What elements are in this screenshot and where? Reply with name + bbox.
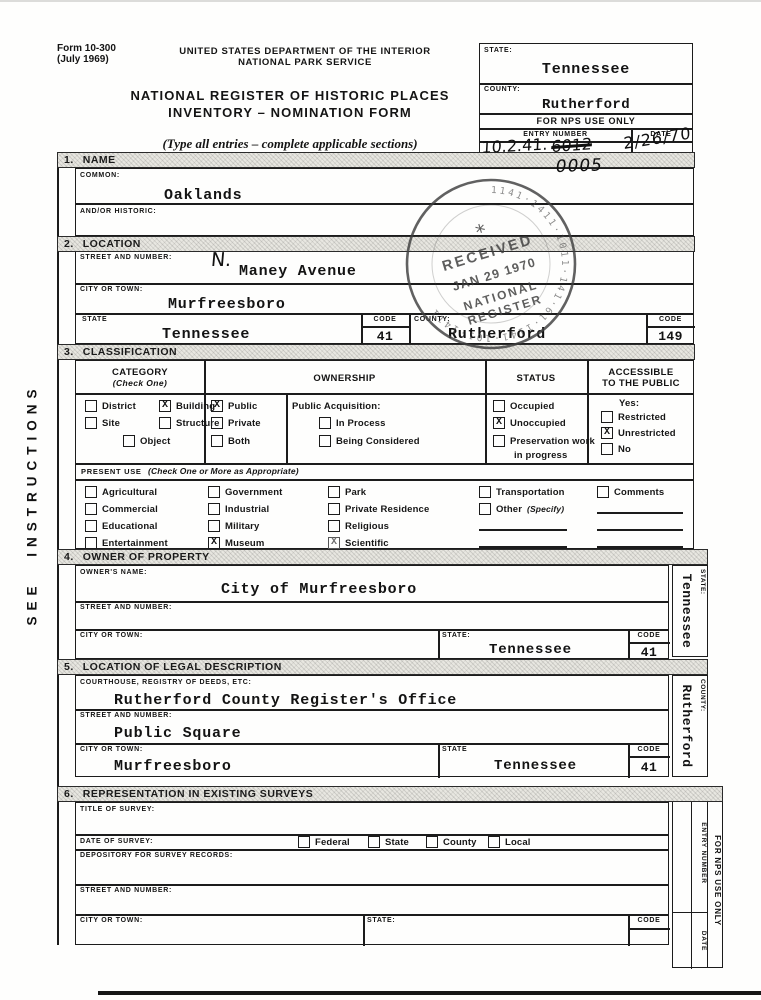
section-title: REPRESENTATION IN EXISTING SURVEYS <box>83 788 314 800</box>
checkbox-comments <box>597 486 609 498</box>
category-subheader: (Check One) <box>76 378 204 388</box>
street-number-label: STREET AND NUMBER: <box>80 604 172 611</box>
checkbox-label: Site <box>102 418 120 429</box>
checkbox-occupied <box>493 400 505 412</box>
divider-line <box>76 463 693 465</box>
section-number: 5. <box>64 661 74 673</box>
city-town-value: Murfreesboro <box>114 758 232 775</box>
title-of-survey-label: TITLE OF SURVEY: <box>80 806 155 813</box>
section-number: 6. <box>64 788 74 800</box>
divider-line <box>76 479 693 481</box>
state-label: STATE: <box>484 47 512 54</box>
checkbox-label: Religious <box>345 521 389 532</box>
city-town-label: CITY OR TOWN: <box>80 917 143 924</box>
form-number: Form 10-300 <box>57 43 116 54</box>
scan-edge-top <box>0 0 761 2</box>
checkbox-label: Government <box>225 487 282 498</box>
checkbox-public: X <box>211 400 223 412</box>
checkbox-museum: X <box>208 537 220 549</box>
checkbox-county <box>426 836 438 848</box>
checkbox-local <box>488 836 500 848</box>
scanned-form-page: Form 10-300 (July 1969) UNITED STATES DE… <box>0 0 761 1000</box>
checkbox-restricted <box>601 411 613 423</box>
handwritten-entry-number: 10.2.41. <box>481 135 548 158</box>
divider-line <box>628 928 670 930</box>
checkbox-educational <box>85 520 97 532</box>
courthouse-value: Rutherford County Register's Office <box>114 692 457 709</box>
section-6-header: 6. REPRESENTATION IN EXISTING SURVEYS <box>57 786 723 802</box>
checkbox-both <box>211 435 223 447</box>
section-4-header: 4. OWNER OF PROPERTY <box>57 549 708 565</box>
divider-line <box>76 884 668 886</box>
entry-number-field <box>673 794 691 913</box>
checkbox-transportation <box>479 486 491 498</box>
present-use-note: (Check One or More as Appropriate) <box>148 466 299 476</box>
checkbox-label: Entertainment <box>102 538 168 549</box>
entry-number-label: ENTRY NUMBER <box>691 794 707 913</box>
other-specify-note: (Specify) <box>527 504 564 514</box>
checkbox-label: Museum <box>225 538 264 549</box>
checkbox-religious <box>328 520 340 532</box>
checkbox-district <box>85 400 97 412</box>
form-revision: (July 1969) <box>57 54 109 65</box>
checkbox-private <box>211 417 223 429</box>
owner-name-label: OWNER'S NAME: <box>80 569 147 576</box>
access-yes-label: Yes: <box>619 398 639 409</box>
accessible-header-line2: TO THE PUBLIC <box>587 378 695 389</box>
status-header: STATUS <box>485 373 587 384</box>
state-label: STATE <box>82 316 107 323</box>
historic-name-label: AND/OR HISTORIC: <box>80 208 156 215</box>
city-town-label: CITY OR TOWN: <box>80 286 143 293</box>
checkbox-label: Restricted <box>618 412 666 423</box>
type-instructions-note: (Type all entries – complete applicable … <box>90 136 490 152</box>
checkbox-agricultural <box>85 486 97 498</box>
section-title: OWNER OF PROPERTY <box>83 551 210 563</box>
city-town-value: Murfreesboro <box>168 296 286 313</box>
state-value: Tennessee <box>489 642 572 658</box>
checkbox-private-residence <box>328 503 340 515</box>
checkbox-park <box>328 486 340 498</box>
section-6-body: TITLE OF SURVEY: DATE OF SURVEY: Federal… <box>75 802 669 945</box>
checkbox-label: Military <box>225 521 259 532</box>
checkbox-label: Other <box>496 504 522 515</box>
handwritten-street-direction: N. <box>210 249 232 271</box>
checkbox-label: Being Considered <box>336 436 420 447</box>
state-label: STATE: <box>367 917 395 924</box>
checkbox-label: County <box>443 837 477 848</box>
section-4-body: OWNER'S NAME: City of Murfreesboro STREE… <box>75 565 669 659</box>
state-value-vertical: Tennessee <box>679 566 694 656</box>
divider-line <box>363 914 365 946</box>
divider-line <box>76 914 668 916</box>
checkbox-unrestricted: X <box>601 427 613 439</box>
county-value: Rutherford <box>480 97 692 113</box>
checkbox-no <box>601 443 613 455</box>
divider-line <box>480 83 692 85</box>
sidebar-state-box: STATE: Tennessee <box>672 565 708 657</box>
checkbox-label: Commercial <box>102 504 158 515</box>
divider-line <box>628 756 670 758</box>
street-number-value: Public Square <box>114 725 241 742</box>
category-header: CATEGORY <box>76 367 204 378</box>
common-name-label: COMMON: <box>80 172 120 179</box>
code-value: 41 <box>628 760 670 775</box>
courthouse-label: COURTHOUSE, REGISTRY OF DEEDS, ETC: <box>80 679 252 686</box>
checkbox-object <box>123 435 135 447</box>
divider-line <box>76 393 693 395</box>
checkbox-being-considered <box>319 435 331 447</box>
fill-in-line <box>597 546 683 548</box>
handwritten-entry-corrected: 0005 <box>554 155 604 177</box>
public-acquisition-label: Public Acquisition: <box>292 401 381 412</box>
checkbox-label: No <box>618 444 631 455</box>
checkbox-label: Industrial <box>225 504 269 515</box>
checkbox-label: Transportation <box>496 487 565 498</box>
checkbox-other <box>479 503 491 515</box>
checkbox-label: Object <box>140 436 170 447</box>
code-value: 149 <box>646 329 695 344</box>
checkbox-in-process <box>319 417 331 429</box>
checkbox-entertainment <box>85 537 97 549</box>
common-name-value: Oaklands <box>164 187 242 204</box>
checkbox-label: Comments <box>614 487 664 498</box>
code-label: CODE <box>628 917 670 924</box>
section-1-body: COMMON: Oaklands AND/OR HISTORIC: <box>75 168 694 236</box>
fill-in-line <box>597 529 683 531</box>
checkbox-label: Public <box>228 401 257 412</box>
divider-line <box>480 113 692 115</box>
divider-line <box>286 393 288 463</box>
section-number: 4. <box>64 551 74 563</box>
checkbox-label: Scientific <box>345 538 389 549</box>
nps-use-only-label: FOR NPS USE ONLY <box>707 794 722 967</box>
county-label: COUNTY: <box>699 679 706 712</box>
department-line1: UNITED STATES DEPARTMENT OF THE INTERIOR <box>130 46 480 57</box>
divider-line <box>646 326 695 328</box>
form-title-line2: INVENTORY – NOMINATION FORM <box>100 105 480 120</box>
checkbox-government <box>208 486 220 498</box>
divider-line <box>76 743 668 745</box>
checkbox-label: Both <box>228 436 250 447</box>
checkbox-site <box>85 417 97 429</box>
section-number: 3. <box>64 346 74 358</box>
checkbox-structure <box>159 417 171 429</box>
checkbox-label: Park <box>345 487 366 498</box>
fill-in-line <box>479 529 567 531</box>
street-number-label: STREET AND NUMBER: <box>80 712 172 719</box>
section-2-header: 2. LOCATION <box>57 236 695 252</box>
section-2-body: STREET AND NUMBER: Maney Avenue CITY OR … <box>75 251 694 344</box>
divider-line <box>628 642 670 644</box>
street-number-label: STREET AND NUMBER: <box>80 887 172 894</box>
checkbox-building: X <box>159 400 171 412</box>
sidebar-county-box: COUNTY: Rutherford <box>672 675 708 777</box>
checkbox-label: Building <box>176 401 215 412</box>
owner-name-value: City of Murfreesboro <box>221 581 417 598</box>
checkbox-military <box>208 520 220 532</box>
checkbox-label: Local <box>505 837 531 848</box>
city-town-label: CITY OR TOWN: <box>80 746 143 753</box>
date-of-survey-label: DATE OF SURVEY: <box>80 838 153 845</box>
state-value: Tennessee <box>480 61 692 78</box>
depository-label: DEPOSITORY FOR SURVEY RECORDS: <box>80 852 233 859</box>
divider-line <box>438 743 440 778</box>
checkbox-label: Private Residence <box>345 504 429 515</box>
date-label: DATE <box>691 913 707 969</box>
divider-line <box>438 629 440 660</box>
section-title: LOCATION <box>83 238 141 250</box>
section-title: LOCATION OF LEGAL DESCRIPTION <box>83 661 282 673</box>
status-continuation: in progress <box>514 450 567 461</box>
received-stamp: 1141·1411·1011·141·61·1141·101·1411 * RE… <box>402 175 580 353</box>
checkbox-label: Educational <box>102 521 158 532</box>
divider-line <box>76 629 668 631</box>
code-label: CODE <box>646 316 695 323</box>
state-value: Tennessee <box>494 758 577 774</box>
state-label: STATE: <box>442 632 470 639</box>
ownership-header: OWNERSHIP <box>204 373 485 384</box>
checkbox-label: Private <box>228 418 261 429</box>
county-label: COUNTY: <box>484 86 520 93</box>
section-3-body: CATEGORY (Check One) OWNERSHIP STATUS AC… <box>75 360 694 549</box>
checkbox-unoccupied: X <box>493 417 505 429</box>
checkbox-label: State <box>385 837 409 848</box>
code-label: CODE <box>628 632 670 639</box>
state-label: STATE <box>442 746 467 753</box>
present-use-label: PRESENT USE <box>81 467 142 476</box>
scan-edge-bottom <box>98 991 761 995</box>
checkbox-label: Federal <box>315 837 350 848</box>
checkbox-label: In Process <box>336 418 386 429</box>
state-label: STATE: <box>699 569 706 595</box>
stamp-star: * <box>472 218 491 244</box>
form-title-line1: NATIONAL REGISTER OF HISTORIC PLACES <box>100 88 480 103</box>
street-number-label: STREET AND NUMBER: <box>80 254 172 261</box>
section-5-header: 5. LOCATION OF LEGAL DESCRIPTION <box>57 659 708 675</box>
code-value: 41 <box>628 645 670 660</box>
section-number: 1. <box>64 154 74 166</box>
city-town-label: CITY OR TOWN: <box>80 632 143 639</box>
section-title: NAME <box>83 154 116 166</box>
checkbox-label: Agricultural <box>102 487 157 498</box>
department-line2: NATIONAL PARK SERVICE <box>130 57 480 68</box>
checkbox-commercial <box>85 503 97 515</box>
fill-in-line <box>597 512 683 514</box>
checkbox-scientific: X <box>328 537 340 549</box>
divider-line <box>76 849 668 851</box>
section-3-header: 3. CLASSIFICATION <box>57 344 695 360</box>
divider-line <box>76 313 693 315</box>
section-5-body: COURTHOUSE, REGISTRY OF DEEDS, ETC: Ruth… <box>75 675 669 777</box>
received-stamp-graphic: 1141·1411·1011·141·61·1141·101·1411 * RE… <box>402 175 580 353</box>
checkbox-preservation-work <box>493 435 505 447</box>
see-instructions-vertical: SEE INSTRUCTIONS <box>25 355 40 655</box>
checkbox-industrial <box>208 503 220 515</box>
checkbox-label: Preservation work <box>510 436 595 447</box>
street-number-value: Maney Avenue <box>239 263 357 280</box>
sidebar-nps-use-box: FOR NPS USE ONLY ENTRY NUMBER DATE <box>672 793 723 968</box>
divider-line <box>76 203 693 205</box>
checkbox-label: Unoccupied <box>510 418 566 429</box>
checkbox-label: Unrestricted <box>618 428 676 439</box>
checkbox-label: District <box>102 401 136 412</box>
handwritten-entry-struck: 6012 <box>551 134 593 156</box>
section-number: 2. <box>64 238 74 250</box>
county-value-vertical: Rutherford <box>679 676 694 776</box>
state-value: Tennessee <box>162 326 250 343</box>
checkbox-state <box>368 836 380 848</box>
code-label: CODE <box>628 746 670 753</box>
checkbox-label: Occupied <box>510 401 555 412</box>
divider-line <box>76 601 668 603</box>
section-title: CLASSIFICATION <box>83 346 177 358</box>
divider-line <box>76 709 668 711</box>
fill-in-line <box>479 546 567 548</box>
divider-line <box>76 283 693 285</box>
checkbox-federal <box>298 836 310 848</box>
nps-use-only-label: FOR NPS USE ONLY <box>480 116 692 126</box>
accessible-header-line1: ACCESSIBLE <box>587 367 695 378</box>
